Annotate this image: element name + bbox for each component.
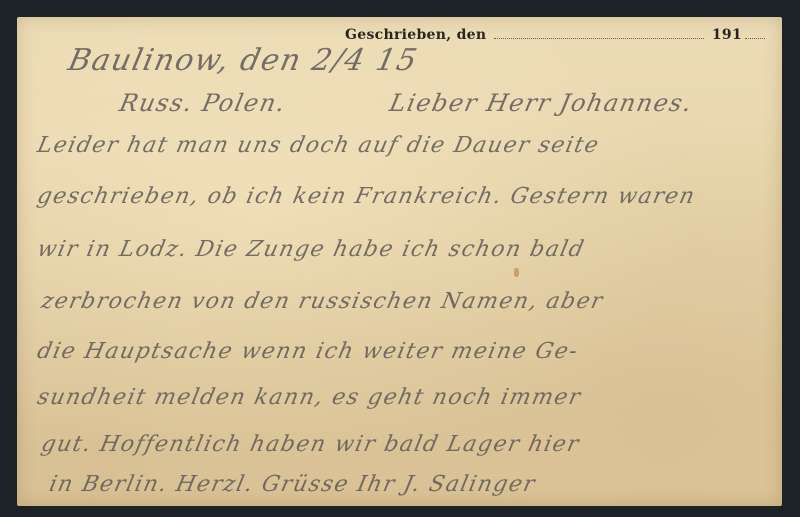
date-dotted-line <box>494 26 704 39</box>
handwritten-salutation: Lieber Herr Johannes. <box>387 89 696 117</box>
handwritten-line: wir in Lodz. Die Zunge habe ich schon ba… <box>35 237 587 262</box>
handwritten-line: in Berlin. Herzl. Grüsse Ihr J. Salinger <box>47 472 538 497</box>
handwritten-line: geschrieben, ob ich kein Frankreich. Ges… <box>35 184 698 209</box>
handwritten-line: gut. Hoffentlich haben wir bald Lager hi… <box>39 432 582 457</box>
handwritten-region: Russ. Polen. <box>117 89 289 117</box>
paper-stain <box>514 268 519 277</box>
year-prefix: 191 <box>712 27 742 43</box>
postcard: Geschrieben, den 191 Baulinow, den 2/4 1… <box>17 17 782 506</box>
written-on-label: Geschrieben, den <box>345 27 486 43</box>
handwritten-line: sundheit melden kann, es geht noch immer <box>35 385 584 410</box>
handwritten-line: Leider hat man uns doch auf die Dauer se… <box>35 133 602 158</box>
handwritten-line: zerbrochen von den russischen Namen, abe… <box>39 289 606 314</box>
handwritten-line: die Hauptsache wenn ich weiter meine Ge- <box>35 339 581 364</box>
year-dotted-line <box>745 26 765 39</box>
handwritten-place-date: Baulinow, den 2/4 15 <box>65 43 421 78</box>
